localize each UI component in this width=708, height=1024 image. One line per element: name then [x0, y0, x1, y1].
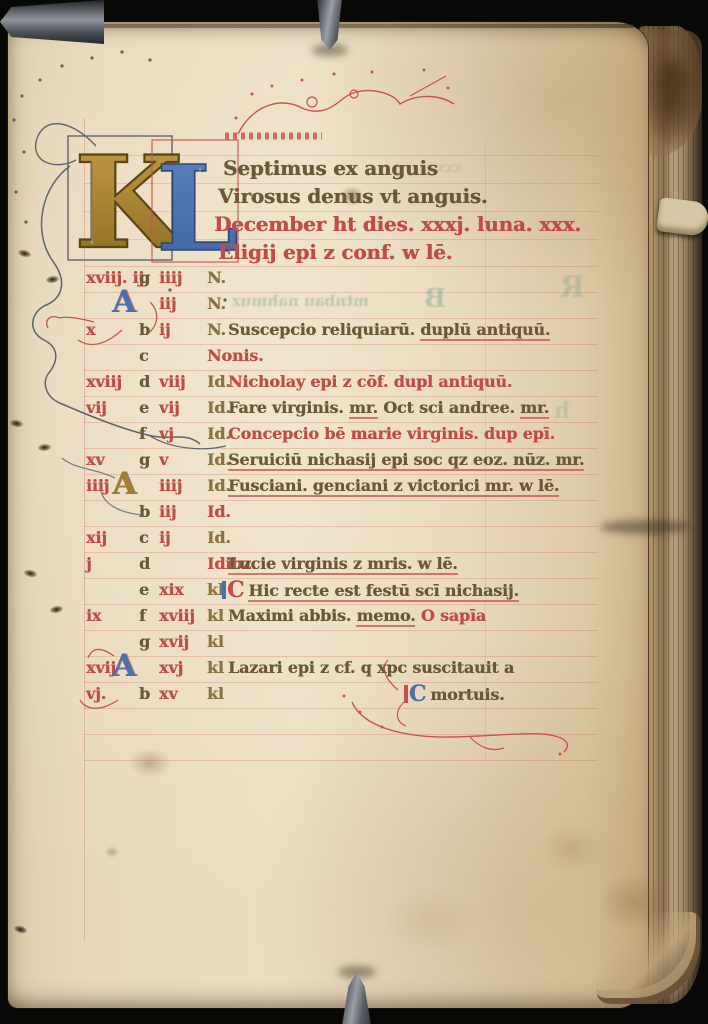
parchment-strap — [656, 197, 708, 237]
dominical-letter: c — [139, 346, 149, 365]
golden-number: iiij — [86, 476, 109, 495]
roman-day-number: xviij — [159, 606, 195, 625]
calendar-row: cNonis. — [0, 346, 600, 372]
calendar-row: vijevijId.Fare virginis. mr. Oct sci and… — [0, 398, 600, 424]
calends-marker: N. — [207, 268, 226, 287]
feast-entry: Maximi abbis. memo. O sapīa — [228, 606, 486, 625]
feast-entry: Concepcio bē marie virginis. dup epī. — [228, 424, 555, 443]
roman-day-number: vij — [159, 398, 180, 417]
dominical-letter: g — [139, 632, 150, 651]
dominical-letter: e — [139, 580, 149, 599]
feast-entry-segment: Oct sci andree. — [378, 398, 520, 417]
golden-number: x — [86, 320, 95, 339]
golden-number: xviij — [86, 372, 122, 391]
roman-day-number: iij — [159, 502, 176, 521]
dominical-letter: g — [139, 268, 150, 287]
feast-entry-segment: Seruiciū nichasij epi soc qz eoz. nūz. m… — [228, 450, 584, 471]
feast-entry: CHic recte est festū scī nichasij. — [222, 580, 519, 600]
dominical-letter: d — [139, 372, 150, 391]
calendar-row: xbijN.Suscepcio reliquiarū. duplū antiqu… — [0, 320, 600, 346]
golden-number: vij — [86, 398, 107, 417]
first-feast-line: Eligij epi z conf. w lē. — [218, 240, 452, 264]
feast-entry-segment: Fare virginis. — [228, 398, 349, 417]
calends-marker: Nonis. — [207, 346, 263, 365]
feast-entry-segment: Hic recte est festū scī nichasij. — [248, 581, 519, 602]
dominical-letter: f — [139, 424, 146, 443]
calends-marker: Id. — [207, 528, 231, 547]
calends-marker: Id. — [207, 502, 231, 521]
roman-day-number: xix — [159, 580, 184, 599]
roman-day-number: iiij — [159, 476, 182, 495]
calendar-row: ixfxviijklMaximi abbis. memo. O sapīa — [0, 606, 600, 632]
golden-number: vj. — [86, 684, 106, 703]
fox-stain — [598, 872, 670, 932]
verso-showthrough-red: xxx — [437, 160, 462, 176]
golden-number: xij — [86, 528, 107, 547]
calends-marker: kl — [207, 632, 224, 651]
golden-number: ix — [86, 606, 101, 625]
calendar-row: iiijAiiijId.Fusciani. genciani z victori… — [0, 476, 600, 502]
dominical-letter: c — [139, 528, 149, 547]
calendar-row: jdIdibz.Lucie virginis z mris. w lē. — [0, 554, 600, 580]
fox-stain — [104, 846, 120, 858]
feast-entry-segment: mortuis. — [430, 685, 504, 704]
dominical-letter: b — [139, 684, 150, 703]
roman-day-number: ij — [159, 320, 170, 339]
calendar-row: xvgvId.Seruiciū nichasij epi soc qz eoz.… — [0, 450, 600, 476]
calendar-row: gxvijkl — [0, 632, 600, 658]
feast-entry: Nicholay epi z cōf. dupl antiquū. — [228, 372, 512, 391]
feast-entry-segment: duplū antiquū. — [420, 320, 550, 341]
feast-entry-segment: Concepcio bē marie virginis. dup epī. — [228, 424, 555, 443]
calendar-row: xvijAxvjklLazari epi z cf. q xpc suscita… — [0, 658, 600, 684]
verse-line-1: Septimus ex anguis — [223, 156, 438, 180]
feast-entry: Suscepcio reliquiarū. duplū antiquū. — [228, 320, 550, 339]
manuscript-photo: mtnbau nahmuz B R h xxx — [0, 0, 708, 1024]
calendar-row: biijId. — [0, 502, 600, 528]
golden-number: j — [86, 554, 92, 573]
small-decorated-initial: C — [404, 685, 426, 703]
calendar-row: xviijdviijId.Nicholay epi z cōf. dupl an… — [0, 372, 600, 398]
roman-day-number: vj — [159, 424, 174, 443]
dominical-letter: f — [139, 606, 146, 625]
small-decorated-initial: C — [222, 581, 244, 599]
fox-stain — [128, 748, 172, 778]
feast-entry: Seruiciū nichasij epi soc qz eoz. nūz. m… — [228, 450, 584, 469]
roman-day-number: xvij — [159, 632, 189, 651]
dominical-letter: g — [139, 450, 150, 469]
calends-marker: N. — [207, 294, 226, 313]
dominical-letter: b — [139, 320, 150, 339]
feast-entry-segment: Maximi abbis. — [228, 606, 356, 625]
roman-day-number: xvj — [159, 658, 183, 677]
dominical-letter: b — [139, 502, 150, 521]
calends-marker: kl — [207, 684, 224, 703]
calendar-row: vj.bxvklCmortuis. — [0, 684, 600, 710]
dominical-letter: d — [139, 554, 150, 573]
feast-entry: Cmortuis. — [404, 684, 504, 704]
feast-entry-segment: mr. — [349, 398, 378, 419]
decorated-initial-blue: A — [112, 651, 136, 681]
feast-entry-segment: Suscepcio reliquiarū. — [228, 320, 420, 339]
month-heading: December ht dies. xxxj. luna. xxx. — [214, 212, 581, 236]
calends-marker: kl — [207, 658, 224, 677]
calendar-row: xviij. ij.giiijN. — [0, 268, 600, 294]
roman-day-number: xv — [159, 684, 177, 703]
dominical-letter: e — [139, 398, 149, 417]
decorated-initial-gold: A — [112, 469, 136, 499]
feast-entry-segment: Lazari epi z cf. q xpc suscitauit a — [228, 658, 514, 677]
feast-entry: Fare virginis. mr. Oct sci andree. mr. — [228, 398, 549, 417]
corner-stain — [648, 56, 696, 150]
verse-line-2: Virosus denus vt anguis. — [218, 184, 488, 208]
roman-day-number: viij — [159, 372, 185, 391]
calendar-row: AiijN. — [0, 294, 600, 320]
calends-marker: N. — [207, 320, 226, 339]
feast-entry-segment: Nicholay epi z cōf. dupl antiquū. — [228, 372, 512, 391]
feast-entry: Lucie virginis z mris. w lē. — [228, 554, 458, 573]
roman-day-number: ij — [159, 528, 170, 547]
calendar-row: xijcijId. — [0, 528, 600, 554]
clasp-shadow — [600, 520, 690, 534]
calendar-row: fvjId.Concepcio bē marie virginis. dup e… — [0, 424, 600, 450]
feast-entry-segment: O sapīa — [415, 606, 486, 625]
roman-day-number: v — [159, 450, 168, 469]
golden-number: xv — [86, 450, 104, 469]
feast-entry-segment: mr. — [520, 398, 549, 419]
feast-entry: Fusciani. genciani z victorici mr. w lē. — [228, 476, 559, 495]
roman-day-number: iiij — [159, 268, 182, 287]
feast-entry-segment: Lucie virginis z mris. w lē. — [228, 554, 458, 575]
feast-entry-segment: Fusciani. genciani z victorici mr. w lē. — [228, 476, 559, 497]
feast-entry: Lazari epi z cf. q xpc suscitauit a — [228, 658, 514, 677]
feast-entry-segment: memo. — [356, 606, 415, 627]
decorated-initial-blue: A — [112, 287, 136, 317]
fox-stain — [540, 822, 604, 874]
calendar-row: exixklCHic recte est festū scī nichasij. — [0, 580, 600, 606]
tone-stain — [384, 888, 480, 952]
roman-day-number: iij — [159, 294, 176, 313]
calends-marker: kl — [207, 606, 224, 625]
